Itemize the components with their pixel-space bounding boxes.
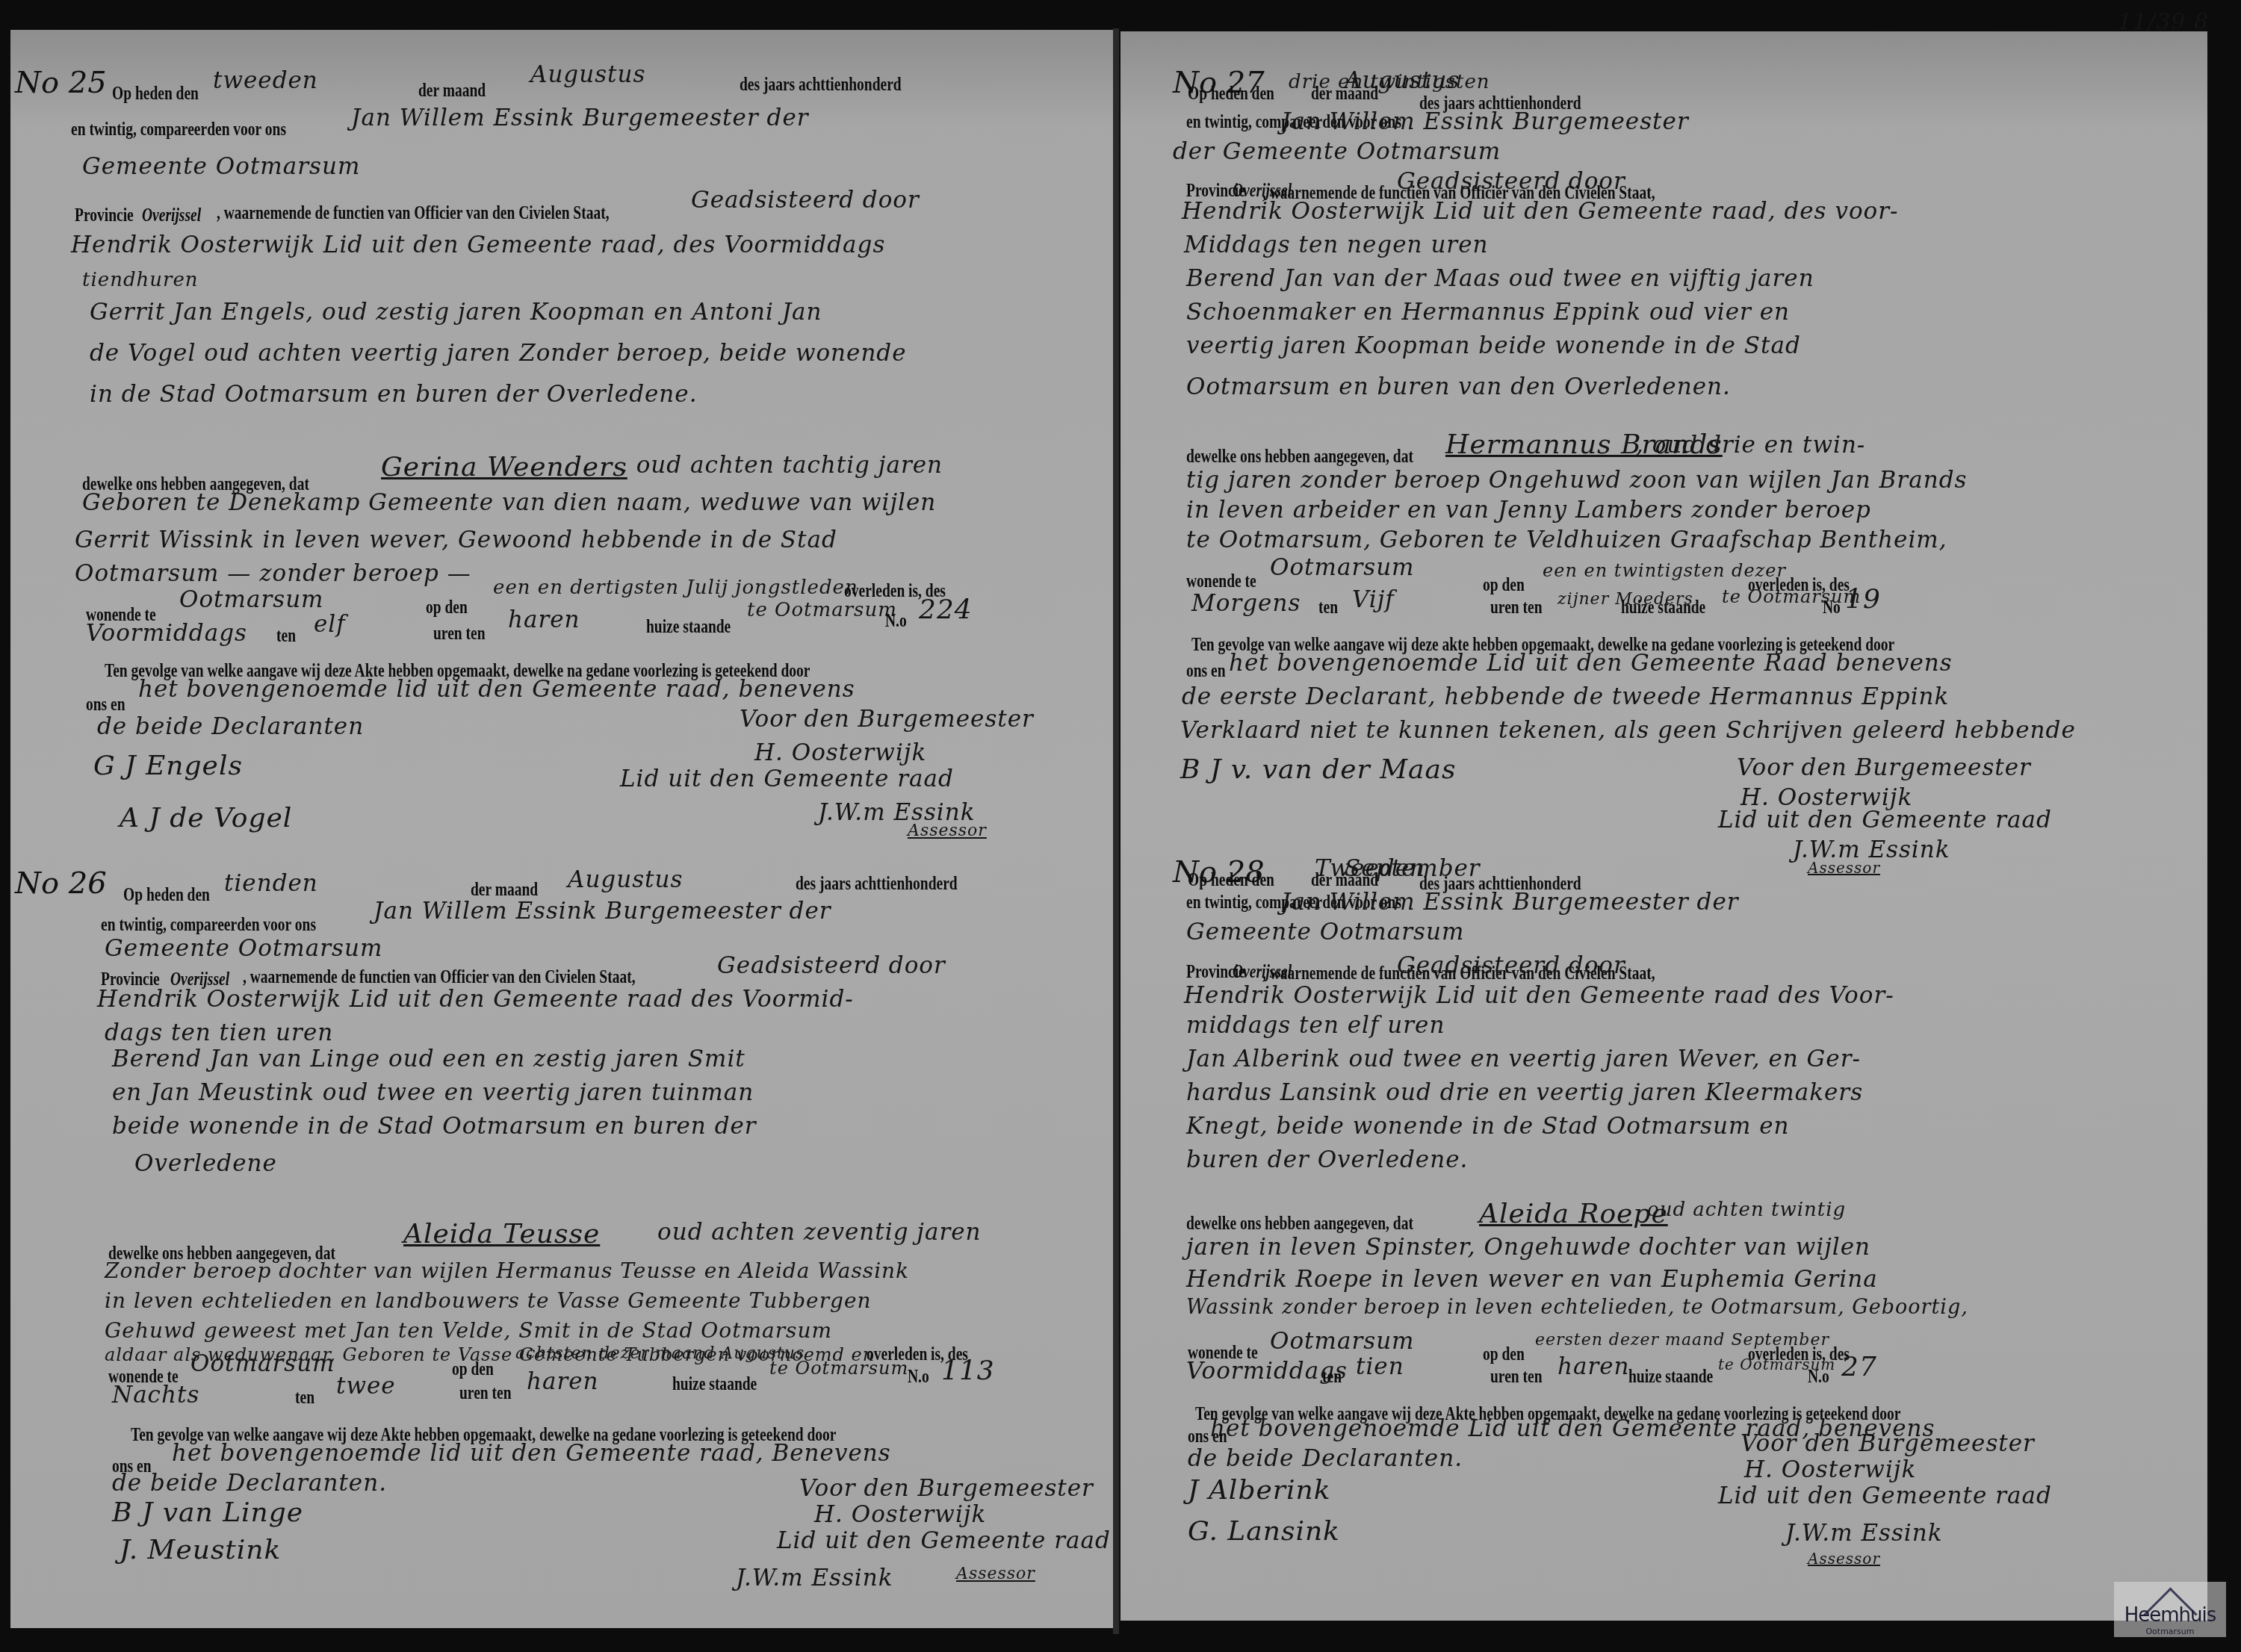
hand-text: jaren in leven Spinster, Ongehuwde docht… <box>1186 1234 1870 1261</box>
hand-text: Zonder beroep dochter van wijlen Hermanu… <box>105 1258 909 1283</box>
hand-text: Hendrik Oosterwijk Lid uit den Gemeente … <box>1184 982 1894 1009</box>
archive-page-number: 11/39 8 <box>2118 9 2209 35</box>
hand-text: Jan Willem Essink Burgemeester der <box>1281 889 1739 916</box>
printed-text: Op heden den <box>1188 870 1274 891</box>
hand-text: het bovengenoemde lid uit den Gemeente r… <box>138 676 855 703</box>
hand-month: Augustus <box>530 61 645 88</box>
witness-2: hardus Lansink oud drie en veertig jaren… <box>1186 1079 1863 1106</box>
hand-text: tiendhuren <box>82 269 199 291</box>
printed-text: huize staande <box>1628 1367 1713 1388</box>
watermark-place: Ootmarsum <box>2114 1627 2226 1636</box>
hand-text: dags ten tien uren <box>105 1019 333 1046</box>
house-owner: haren <box>527 1368 599 1395</box>
printed-text: dewelke ons hebben aangegeven, dat <box>1186 1214 1413 1235</box>
residence: Ootmarsum <box>179 586 324 613</box>
hand-text: in leven echtelieden en landbouwers te V… <box>105 1288 872 1313</box>
watermark-name: Heemhuis <box>2114 1604 2226 1627</box>
official-signature: Assessor <box>956 1565 1035 1583</box>
witness-2: de Vogel oud achten veertig jaren Zonder… <box>90 340 907 367</box>
hand-text: oud achten twintig <box>1647 1199 1846 1221</box>
printed-text: No <box>1823 597 1841 618</box>
residence: Ootmarsum <box>1270 554 1415 581</box>
time-of-day: Morgens <box>1191 590 1301 617</box>
hand-text: Ootmarsum — zonder beroep — <box>75 560 471 587</box>
hand-text: in de Stad Ootmarsum en buren der Overle… <box>90 381 698 408</box>
hand-text: , oud achten tachtig jaren <box>620 452 943 479</box>
printed-text: der maand <box>418 81 486 102</box>
hand-text: Gemeente Ootmarsum <box>105 935 382 962</box>
printed-text: ten <box>1322 1367 1342 1388</box>
official-signature: J.W.m Essink <box>1785 1520 1943 1547</box>
house-number: 27 <box>1841 1352 1877 1382</box>
hour: elf <box>314 611 346 638</box>
printed-text: ons en <box>86 695 125 715</box>
deceased-name: Aleida Roepe <box>1479 1199 1668 1229</box>
hand-text: Wassink zonder beroep in leven echtelied… <box>1186 1296 1968 1319</box>
official-signature: Lid uit den Gemeente raad <box>1718 807 2052 833</box>
printed-text: , waarnemende de functien van Officier v… <box>243 967 636 988</box>
printed-text: dewelke ons hebben aangegeven, dat <box>1186 447 1413 468</box>
hand-text: der Gemeente Ootmarsum <box>1173 138 1501 165</box>
house-location: te Ootmarsum <box>747 599 897 621</box>
declarant-signature: G. Lansink <box>1188 1516 1340 1547</box>
printed-text: huize staande <box>672 1374 757 1395</box>
witness-1: Jan Alberink oud twee en veertig jaren W… <box>1186 1046 1861 1072</box>
death-date: achtsten dezer maand Augustus <box>515 1344 805 1363</box>
hand-text: Geadsisteerd door <box>1397 952 1625 979</box>
deceased-name: Aleida Teusse <box>403 1219 600 1249</box>
hand-month: Augustus <box>1345 67 1460 94</box>
act-number: No 26 <box>15 866 107 901</box>
hour: twee <box>336 1373 396 1400</box>
official-signature: H. Oosterwijk <box>1744 1456 1916 1483</box>
official-signature: Lid uit den Gemeente raad <box>1718 1482 2052 1509</box>
hand-text: Knegt, beide wonende in de Stad Ootmarsu… <box>1186 1113 1789 1140</box>
hand-text: Geadsisteerd door <box>1397 168 1625 195</box>
hand-text: oud achten zeventig jaren <box>657 1219 982 1246</box>
official-signature: Assessor <box>1808 1550 1880 1568</box>
house-owner: haren <box>1557 1353 1630 1380</box>
official-signature: H. Oosterwijk <box>814 1501 986 1528</box>
deceased-name: Gerina Weenders <box>381 452 627 482</box>
hand-text: Jan Willem Essink Burgemeester der <box>373 898 831 925</box>
hand-text: Jan Willem Essink Burgemeester der <box>351 105 809 131</box>
printed-text: uren ten <box>1490 597 1543 618</box>
printed-text: Op heden den <box>123 885 210 906</box>
hand-month: Augustus <box>568 866 683 893</box>
printed-text: en twintig, compareerden voor ons <box>101 915 316 936</box>
house-location: te Ootmarsum <box>769 1358 908 1379</box>
printed-text: , waarnemende de functien van Officier v… <box>217 203 610 224</box>
hand-text: buren der Overledene. <box>1186 1146 1468 1173</box>
hand-text: te Ootmarsum, Geboren te Veldhuizen Graa… <box>1186 527 1947 553</box>
printed-text: ten <box>295 1388 314 1409</box>
residence: Ootmarsum <box>1270 1328 1415 1355</box>
house-owner: haren <box>508 606 580 633</box>
hand-text: Gemeente Ootmarsum <box>82 153 360 180</box>
house-number: 224 <box>919 594 973 625</box>
printed-text: des jaars achttienhonderd <box>740 75 902 96</box>
hand-text: het bovengenoemde Lid uit den Gemeente R… <box>1229 650 1953 677</box>
time-of-day: Nachts <box>112 1382 199 1409</box>
printed-text: des jaars achttienhonderd <box>796 874 958 895</box>
printed-text: op den <box>1483 575 1525 596</box>
house-number: 113 <box>941 1356 995 1386</box>
death-date: een en dertigsten Julij jongstleden <box>493 577 858 599</box>
hand-text: in leven arbeider en van Jenny Lambers z… <box>1186 497 1871 524</box>
printed-text: uren ten <box>433 624 486 645</box>
hand-text: middags ten elf uren <box>1186 1012 1445 1039</box>
printed-text: wonende te <box>1186 571 1256 592</box>
printed-text: huize staande <box>646 617 731 638</box>
hand-text: Hendrik Oosterwijk Lid uit den Gemeente … <box>71 232 885 258</box>
printed-text: N.o <box>1808 1367 1829 1388</box>
official-signature: Voor den Burgemeester <box>740 706 1034 733</box>
official-signature: Assessor <box>908 822 987 840</box>
official-signature: Lid uit den Gemeente raad <box>777 1527 1111 1554</box>
hand-text: Geadsisteerd door <box>691 187 920 214</box>
heemhuis-watermark: Heemhuis Ootmarsum <box>2114 1582 2226 1637</box>
hour: Vijf <box>1352 586 1395 613</box>
witness-1: Gerrit Jan Engels, oud zestig jaren Koop… <box>90 299 822 326</box>
hand-text: Overledene <box>134 1150 277 1177</box>
printed-text: ten <box>276 626 296 647</box>
printed-text: Op heden den <box>1188 84 1274 105</box>
hand-text: de beide Declaranten. <box>112 1470 387 1497</box>
printed-text: huize staande <box>1621 597 1705 618</box>
declarant-signature: B J van Linge <box>112 1497 303 1528</box>
hand-text: Hendrik Roepe in leven wever en van Euph… <box>1186 1266 1878 1293</box>
witness-1: Berend Jan van Linge oud een en zestig j… <box>112 1046 746 1072</box>
printed-text: N.o <box>885 611 907 632</box>
declarant-signature: A J de Vogel <box>120 803 292 833</box>
hand-text: Verklaard niet te kunnen tekenen, als ge… <box>1180 717 2076 744</box>
hand-text: Gehuwd geweest met Jan ten Velde, Smit i… <box>105 1318 832 1343</box>
hand-text: , oud drie en twin- <box>1636 432 1865 459</box>
house-number: 19 <box>1845 584 1881 615</box>
official-signature: J.W.m Essink <box>736 1565 893 1592</box>
hand-text: de beide Declaranten <box>97 713 364 740</box>
printed-text: op den <box>452 1359 494 1380</box>
printed-text: ons en <box>1186 661 1226 682</box>
printed-text: ten <box>1318 597 1338 618</box>
official-signature: Voor den Burgemeester <box>799 1475 1094 1502</box>
declarant-signature: J. Meustink <box>120 1535 281 1565</box>
residence: Ootmarsum <box>190 1350 335 1377</box>
printed-text: Op heden den <box>112 84 199 105</box>
hand-text: tig jaren zonder beroep Ongehuwd zoon va… <box>1186 467 1967 494</box>
hand-text: Gerrit Wissink in leven wever, Gewoond h… <box>75 527 837 553</box>
declarant-signature: G J Engels <box>93 751 243 781</box>
printed-text: N.o <box>908 1367 929 1388</box>
hand-text: Middags ten negen uren <box>1184 232 1488 258</box>
hand-text: de eerste Declarant, hebbende de tweede … <box>1182 683 1949 710</box>
hand-text: Jan Willem Essink Burgemeester <box>1281 108 1689 135</box>
declarant-signature: J Alberink <box>1188 1475 1330 1506</box>
printed-text: en twintig, compareerden voor ons <box>71 119 286 140</box>
province: Overijssel <box>142 205 201 226</box>
printed-text: op den <box>426 597 468 618</box>
book-spine <box>1113 28 1119 1634</box>
official-signature: Lid uit den Gemeente raad <box>620 766 954 792</box>
printed-text: uren ten <box>1490 1367 1543 1388</box>
printed-text: uren ten <box>459 1383 512 1404</box>
hand-text: Hendrik Oosterwijk Lid uit den Gemeente … <box>1182 198 1899 225</box>
hand-text: beide wonende in de Stad Ootmarsum en bu… <box>112 1113 757 1140</box>
hand-day: tweeden <box>213 67 318 94</box>
declarant-signature: B J v. van der Maas <box>1180 754 1456 785</box>
act-number: No 25 <box>15 66 107 100</box>
time-of-day: Voormiddags <box>86 620 247 647</box>
official-signature: Assessor <box>1808 859 1880 877</box>
hand-text: Geboren te Denekamp Gemeente van dien na… <box>82 489 936 516</box>
official-signature: Voor den Burgemeester <box>1741 1430 2035 1457</box>
witness-2: en Jan Meustink oud twee en veertig jare… <box>112 1079 754 1106</box>
hand-day: tienden <box>224 870 318 897</box>
printed-text: op den <box>1483 1344 1525 1365</box>
hand-text: Ootmarsum en buren van den Overledenen. <box>1186 373 1731 400</box>
hand-text: veertig jaren Koopman beide wonende in d… <box>1186 332 1801 359</box>
official-signature: H. Oosterwijk <box>754 739 926 766</box>
official-signature: Voor den Burgemeester <box>1737 754 2031 781</box>
witness-1: Berend Jan van der Maas oud twee en vijf… <box>1186 265 1814 292</box>
hand-text: Hendrik Oosterwijk Lid uit den Gemeente … <box>97 986 854 1013</box>
hand-text: Geadsisteerd door <box>717 952 946 979</box>
hand-text: het bovengenoemde lid uit den Gemeente r… <box>172 1440 891 1467</box>
hour: tien <box>1356 1353 1404 1380</box>
hand-text: Gemeente Ootmarsum <box>1186 919 1464 945</box>
printed-text: Provincie <box>75 205 134 226</box>
hand-text: de beide Declaranten. <box>1188 1445 1463 1472</box>
witness-2: Schoenmaker en Hermannus Eppink oud vier… <box>1186 299 1790 326</box>
